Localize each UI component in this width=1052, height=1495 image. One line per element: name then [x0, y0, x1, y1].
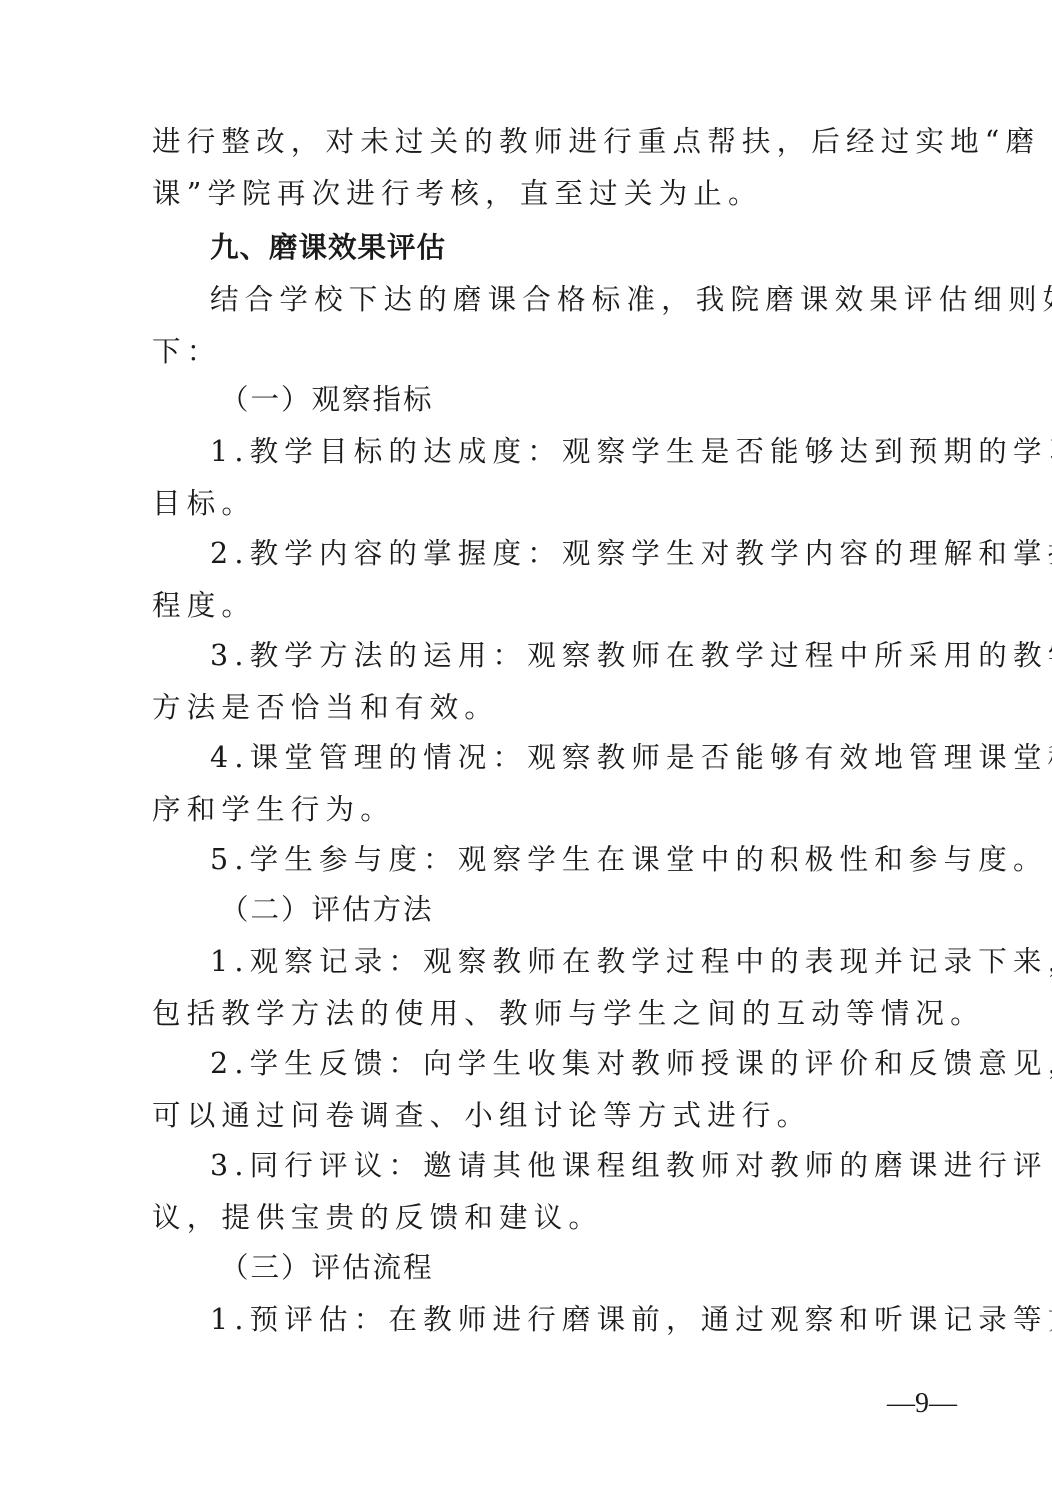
- list-item: 3.教学方法的运用：观察教师在教学过程中所采用的教学: [210, 636, 1052, 676]
- body-line: 可以通过问卷调查、小组讨论等方式进行。: [152, 1096, 811, 1136]
- list-item: 3.同行评议：邀请其他课程组教师对教师的磨课进行评: [210, 1146, 1048, 1186]
- body-line: 结合学校下达的磨课合格标准，我院磨课效果评估细则如: [210, 280, 1052, 320]
- body-line: 序和学生行为。: [152, 790, 395, 830]
- body-line: 下：: [152, 332, 221, 372]
- body-line: 程度。: [152, 586, 256, 626]
- list-item: 1.观察记录：观察教师在教学过程中的表现并记录下来，: [210, 942, 1052, 982]
- body-line: 议，提供宝贵的反馈和建议。: [152, 1198, 603, 1238]
- list-item: 2.教学内容的掌握度：观察学生对教学内容的理解和掌握: [210, 534, 1052, 574]
- body-line: 包括教学方法的使用、教师与学生之间的互动等情况。: [152, 994, 985, 1034]
- list-item: 1.预评估：在教师进行磨课前，通过观察和听课记录等方: [210, 1300, 1052, 1340]
- body-line: 方法是否恰当和有效。: [152, 688, 499, 728]
- subsection-heading: （三）评估流程: [220, 1248, 434, 1288]
- list-item: 5.学生参与度：观察学生在课堂中的积极性和参与度。: [210, 840, 1048, 880]
- list-item: 2.学生反馈：向学生收集对教师授课的评价和反馈意见，: [210, 1044, 1052, 1084]
- page-number: —9—: [887, 1388, 957, 1420]
- subsection-heading: （二）评估方法: [220, 890, 434, 930]
- body-line: 目标。: [152, 484, 256, 524]
- body-line: 进行整改，对未过关的教师进行重点帮扶，后经过实地“磨: [152, 122, 1040, 162]
- list-item: 1.教学目标的达成度：观察学生是否能够达到预期的学习: [210, 432, 1052, 472]
- body-line: 课”学院再次进行考核，直至过关为止。: [152, 174, 763, 214]
- subsection-heading: （一）观察指标: [220, 380, 434, 420]
- section-heading: 九、磨课效果评估: [210, 228, 446, 268]
- list-item: 4.课堂管理的情况：观察教师是否能够有效地管理课堂秩: [210, 738, 1052, 778]
